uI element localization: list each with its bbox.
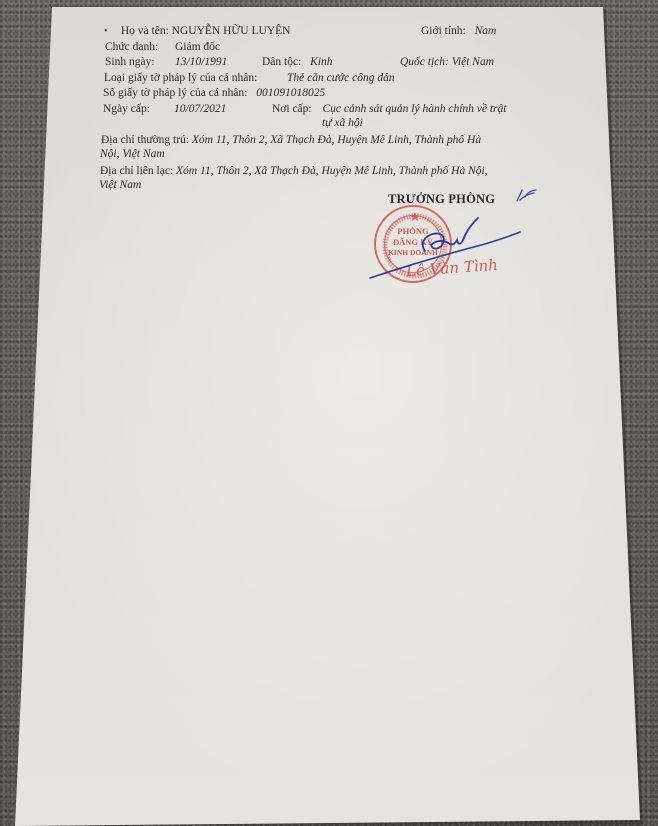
nationality-row: Quốc tịch: Việt Nam xyxy=(400,55,494,70)
contact-address-value-line2: Việt Nam xyxy=(99,178,141,193)
signer-name: Lê Văn Tình xyxy=(406,258,499,279)
stamp-line-1: PHÒNG xyxy=(376,226,450,236)
issue-place-value-line2: tự xã hội xyxy=(322,116,363,131)
id-number-value: 001091018025 xyxy=(256,87,325,99)
id-type-row: Loại giấy tờ pháp lý của cá nhân: Thẻ că… xyxy=(104,71,257,86)
ethnicity-label: Dân tộc: xyxy=(262,56,301,68)
dob-row: Sinh ngày: 13/10/1991 xyxy=(105,55,155,70)
gender-value: Nam xyxy=(475,25,497,37)
ethnicity-value: Kinh xyxy=(310,56,332,68)
issue-date-value: 10/07/2021 xyxy=(174,102,226,117)
issue-date-label: Ngày cấp: xyxy=(103,103,150,115)
contact-address-value-line1: Xóm 11, Thôn 2, Xã Thạch Đà, Huyện Mê Li… xyxy=(176,165,488,177)
position-label: Chức danh: xyxy=(105,41,158,53)
position-value: Giám đốc xyxy=(175,40,220,55)
full-name-label: Họ và tên: xyxy=(121,25,169,37)
nationality-label: Quốc tịch: xyxy=(400,56,449,68)
stamp-line-2: ĐĂNG KÝ xyxy=(376,237,450,247)
full-name-row: • Họ và tên: NGUYỄN HỮU LUYỆN xyxy=(104,24,290,39)
contact-address-row: Địa chỉ liên lạc: Xóm 11, Thôn 2, Xã Thạ… xyxy=(100,164,488,179)
gender-label: Giới tính: xyxy=(421,25,466,37)
contact-address-label: Địa chỉ liên lạc: xyxy=(100,165,173,177)
gender-row: Giới tính: Nam xyxy=(421,24,496,39)
permanent-address-label: Địa chỉ thường trú: xyxy=(101,134,189,146)
signature-title: TRƯỞNG PHÒNG xyxy=(388,192,495,207)
permanent-address-value-line1: Xóm 11, Thôn 2, Xã Thạch Đà, Huyện Mê Li… xyxy=(192,134,481,146)
id-type-label: Loại giấy tờ pháp lý của cá nhân: xyxy=(104,72,257,84)
dob-value: 13/10/1991 xyxy=(175,55,227,70)
ethnicity-row: Dân tộc: Kinh xyxy=(262,55,333,70)
issue-place-label: Nơi cấp: xyxy=(272,103,312,115)
permanent-address-row: Địa chỉ thường trú: Xóm 11, Thôn 2, Xã T… xyxy=(101,133,481,148)
issue-date-row: Ngày cấp: 10/07/2021 xyxy=(103,102,150,117)
bullet-icon: • xyxy=(104,24,118,39)
full-name-value: NGUYỄN HỮU LUYỆN xyxy=(172,25,291,37)
id-number-label: Số giấy tờ pháp lý của cá nhân: xyxy=(103,87,247,99)
id-number-row: Số giấy tờ pháp lý của cá nhân: 00109101… xyxy=(103,86,325,101)
id-type-value: Thẻ căn cước công dân xyxy=(287,71,395,86)
nationality-value: Việt Nam xyxy=(452,56,494,68)
dob-label: Sinh ngày: xyxy=(105,56,155,68)
permanent-address-value-line2: Nội, Việt Nam xyxy=(100,147,165,162)
issue-place-value-line1: Cục cảnh sát quản lý hành chính về trật xyxy=(323,103,507,115)
position-row: Chức danh: Giám đốc xyxy=(105,40,158,55)
issue-place-row: Nơi cấp: Cục cảnh sát quản lý hành chính… xyxy=(272,102,506,117)
document-content: • Họ và tên: NGUYỄN HỮU LUYỆN Giới tính:… xyxy=(0,0,658,826)
stamp-line-3: KINH DOANH xyxy=(376,248,450,258)
